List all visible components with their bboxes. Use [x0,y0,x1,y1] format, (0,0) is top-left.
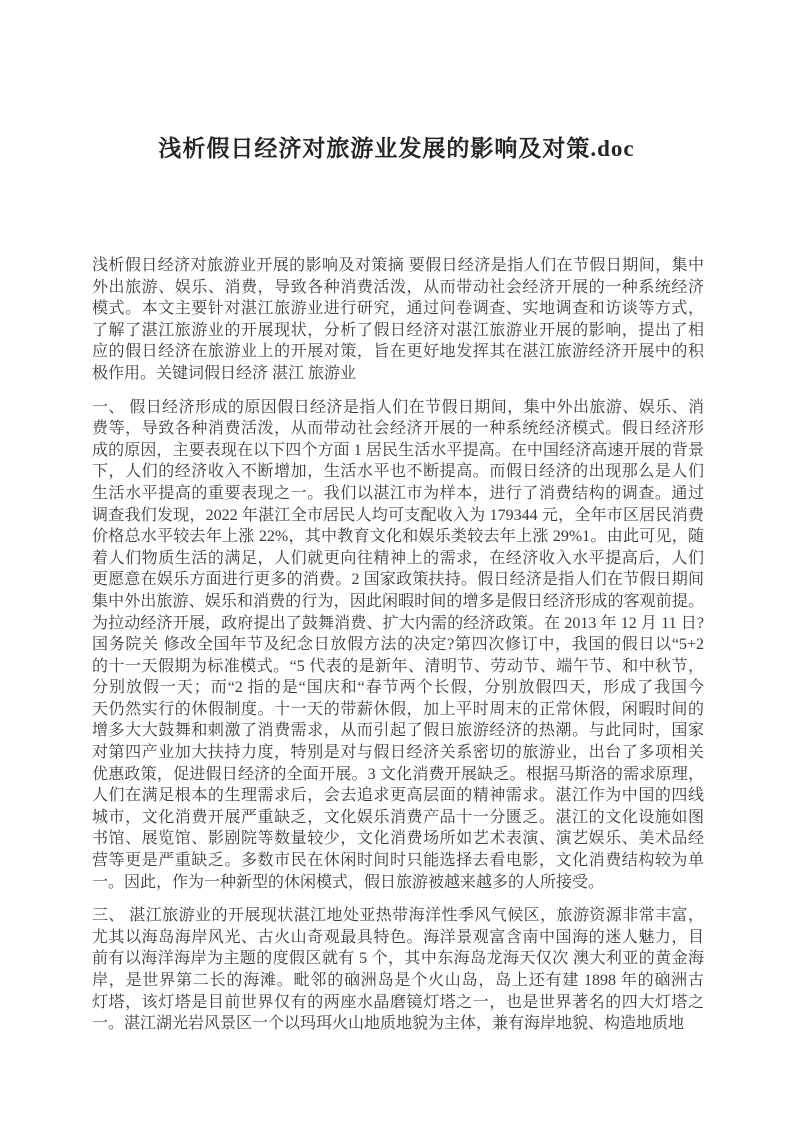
text-line: 应的假日经济在旅游业上的开展对策，旨在更好地发挥其在湛江旅游经济开展中的积 [92,341,704,363]
text-line: 下，人们的经济收入不断增加，生活水平也不断提高。而假日经济的出现那么是人们 [92,461,704,483]
document-title: 浅析假日经济对旅游业发展的影响及对策.doc [0,133,793,165]
text-line: 了解了湛江旅游业的开展现状，分析了假日经济对湛江旅游业开展的影响，提出了相 [92,320,704,342]
paragraph: 一、 假日经济形成的原因假日经济是指人们在节假日期间，集中外出旅游、娱乐、消费等… [92,397,704,894]
text-line: 外出旅游、娱乐、消费，导致各种消费活泼，从而带动社会经济开展的一种系统经济 [92,277,704,299]
text-line: 浅析假日经济对旅游业开展的影响及对策摘 要假日经济是指人们在节假日期间，集中 [92,255,704,277]
document-body: 浅析假日经济对旅游业开展的影响及对策摘 要假日经济是指人们在节假日期间，集中外出… [92,255,704,1035]
text-line: 岸，是世界第二长的海滩。毗邻的硇洲岛是个火山岛，岛上还有建 1898 年的硇洲古 [92,970,704,992]
text-line: 集中外出旅游、娱乐和消费的行为，因此闲暇时间的增多是假日经济形成的客观前提。 [92,591,704,613]
text-line: 优惠政策，促进假日经济的全面开展。3 文化消费开展缺乏。根据马斯洛的需求原理， [92,764,704,786]
text-line: 书馆、展览馆、影剧院等数量较少，文化消费场所如艺术表演、演艺娱乐、美术品经 [92,828,704,850]
paragraph: 三、 湛江旅游业的开展现状湛江地处亚热带海洋性季风气候区，旅游资源非常丰富，尤其… [92,905,704,1035]
text-line: 为拉动经济开展，政府提出了鼓舞消费、扩大内需的经济政策。在 2013 年 12 … [92,613,704,635]
text-line: 更愿意在娱乐方面进行更多的消费。2 国家政策扶持。假日经济是指人们在节假日期间 [92,569,704,591]
text-line: 增多大大鼓舞和刺激了消费需求，从而引起了假日旅游经济的热潮。与此同时，国家 [92,720,704,742]
text-line: 调查我们发现，2022 年湛江全市居民人均可支配收入为 179344 元，全年市… [92,505,704,527]
text-line: 对第四产业加大扶持力度，特别是对与假日经济关系密切的旅游业，出台了多项相关 [92,742,704,764]
text-line: 极作用。关键词假日经济 湛江 旅游业 [92,363,704,385]
text-line: 费等，导致各种消费活泼，从而带动社会经济开展的一种系统经济模式。假日经济形 [92,418,704,440]
text-line: 的十一天假期为标准模式。“5 代表的是新年、清明节、劳动节、端午节、和中秋节， [92,656,704,678]
paragraph: 浅析假日经济对旅游业开展的影响及对策摘 要假日经济是指人们在节假日期间，集中外出… [92,255,704,385]
text-line: 城市，文化消费开展严重缺乏，文化娱乐消费产品十一分匮乏。湛江的文化设施如图 [92,807,704,829]
text-line: 价格总水平较去年上涨 22%，其中教育文化和娱乐类较去年上涨 29%1。由此可见… [92,526,704,548]
text-line: 灯塔，该灯塔是目前世界仅有的两座水晶磨镜灯塔之一，也是世界著名的四大灯塔之 [92,992,704,1014]
text-line: 三、 湛江旅游业的开展现状湛江地处亚热带海洋性季风气候区，旅游资源非常丰富， [92,905,704,927]
text-line: 天仍然实行的休假制度。十一天的带薪休假，加上平时周末的正常休假，闲暇时间的 [92,699,704,721]
text-line: 生活水平提高的重要表现之一。我们以湛江市为样本，进行了消费结构的调查。通过 [92,483,704,505]
text-line: 分别放假一天；而“2 指的是“国庆和“春节两个长假，分别放假四天，形成了我国今 [92,677,704,699]
text-line: 成的原因，主要表现在以下四个方面 1 居民生活水平提高。在中国经济高速开展的背景 [92,440,704,462]
text-line: 国务院关 修改全国年节及纪念日放假方法的决定?第四次修订中，我国的假日以“5+2 [92,634,704,656]
text-line: 尤其以海岛海岸风光、古火山奇观最具特色。海洋景观富含南中国海的迷人魅力，目 [92,927,704,949]
text-line: 一、 假日经济形成的原因假日经济是指人们在节假日期间，集中外出旅游、娱乐、消 [92,397,704,419]
text-line: 模式。本文主要针对湛江旅游业进行研究，通过问卷调查、实地调查和访谈等方式， [92,298,704,320]
text-line: 一。湛江湖光岩风景区一个以玛珥火山地质地貌为主体，兼有海岸地貌、构造地质地 [92,1013,704,1035]
text-line: 人们在满足根本的生理需求后，会去追求更高层面的精神需求。湛江作为中国的四线 [92,785,704,807]
document-page: 浅析假日经济对旅游业发展的影响及对策.doc 浅析假日经济对旅游业开展的影响及对… [0,0,793,1122]
text-line: 前有以海洋海岸为主题的度假区就有 5 个，其中东海岛龙海天仅次 澳大利亚的黄金海 [92,948,704,970]
text-line: 营等更是严重缺乏。多数市民在休闲时间时只能选择去看电影，文化消费结构较为单 [92,850,704,872]
text-line: 一。因此，作为一种新型的休闲模式，假日旅游被越来越多的人所接受。 [92,872,704,894]
text-line: 着人们物质生活的满足，人们就更向往精神上的需求，在经济收入水平提高后，人们 [92,548,704,570]
